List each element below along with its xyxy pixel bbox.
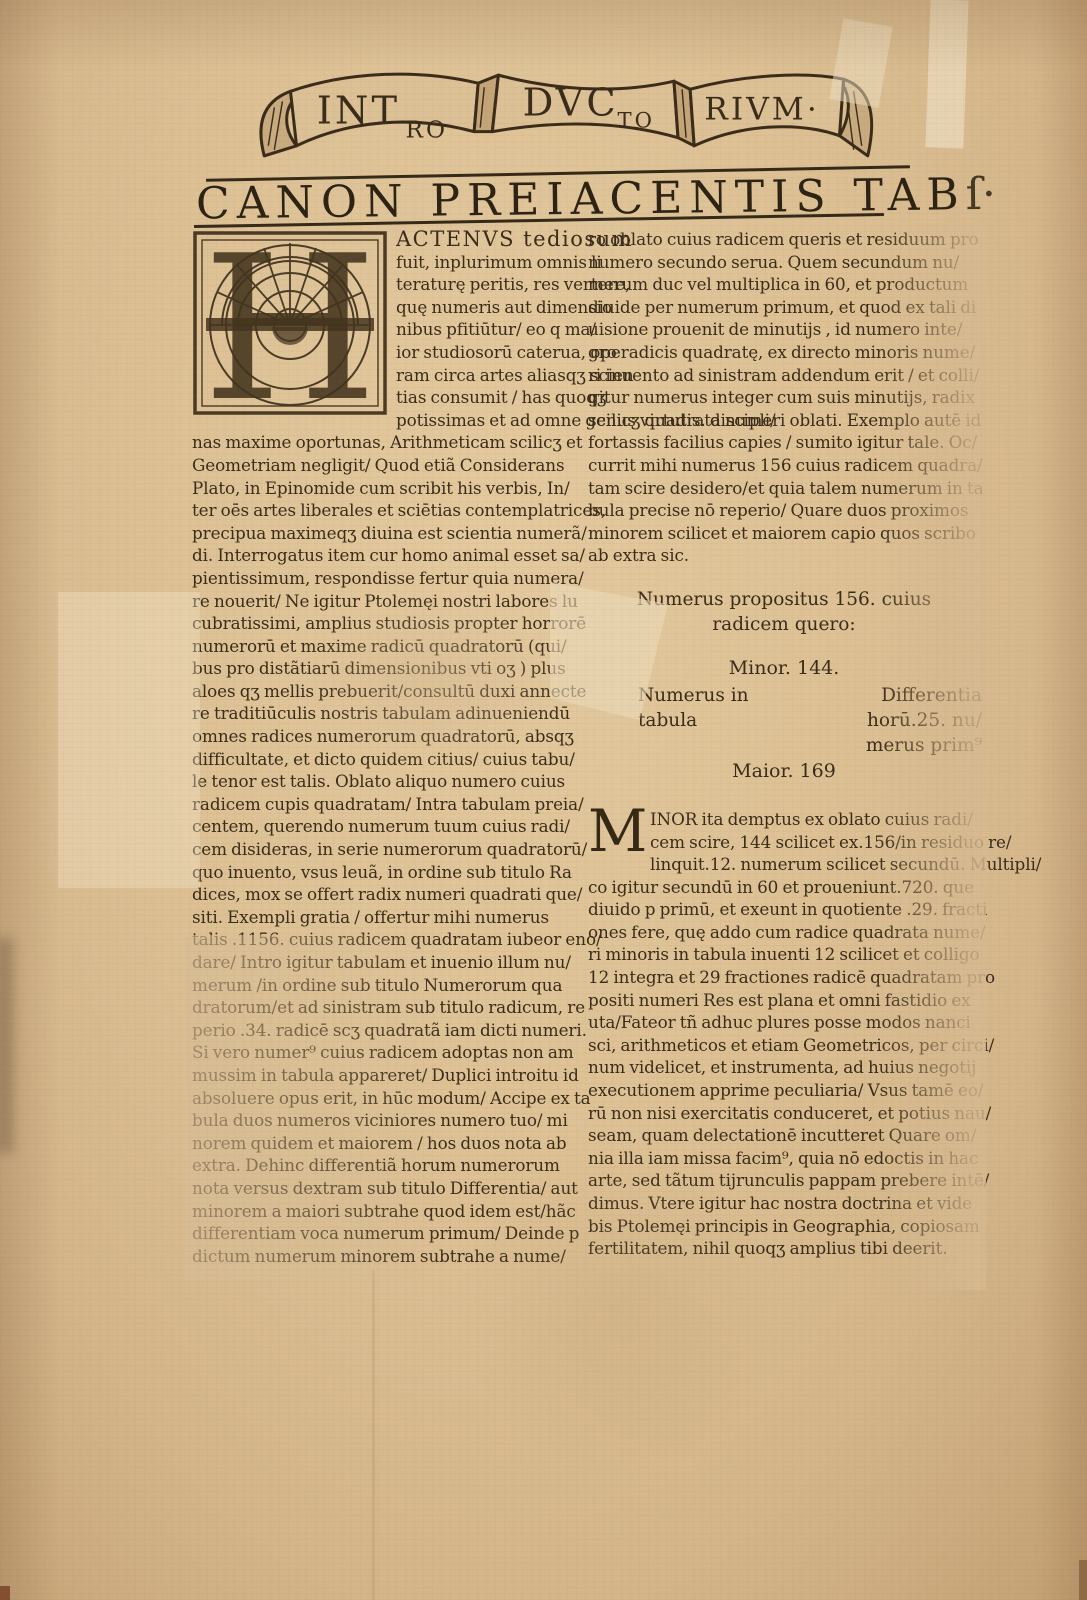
text-line: merum duc vel multiplica in 60, et produ… [588, 273, 980, 296]
initial-letter: H [203, 230, 377, 416]
text-line: differentiam voca numerum primum/ Deinde… [192, 1222, 584, 1245]
example-maior-value: Maior. 169 [588, 760, 980, 782]
example-left-label: Numerus intabula [638, 683, 749, 758]
text-line: horū.25. nu/ [866, 708, 982, 733]
text-line: dare/ Intro igitur tabulam et inuenio il… [192, 951, 584, 974]
text-line: ab extra sic. [588, 544, 980, 567]
text-line: cubratissimi, amplius studiosis propter … [192, 612, 584, 635]
text-line: dictum numerum minorem subtrahe a nume/ [192, 1245, 584, 1268]
text-line: sci, arithmeticos et etiam Geometricos, … [588, 1034, 980, 1057]
text-line: diuido p primū, et exeunt in quotiente .… [588, 898, 980, 921]
text-line: bus pro distãtiarū dimensionibus vti oʒ … [192, 657, 584, 680]
text-line: ri minoris in tabula inuenti 12 scilicet… [588, 943, 980, 966]
heading-partial-glyph: ſ· [965, 169, 996, 220]
example-table: Numerus propositus 156. cuiusradicem que… [588, 587, 980, 782]
text-line: merum /in ordine sub titulo Numerorum qu… [192, 974, 584, 997]
text-line: Numerus in [638, 683, 749, 708]
text-line: aloes qʒ mellis prebuerit/consultū duxi … [192, 680, 584, 703]
binding-edge-mark [1079, 1560, 1087, 1600]
text-line: difficultate, et dicto quidem citius/ cu… [192, 748, 584, 771]
text-line: mussim in tabula appareret/ Duplici intr… [192, 1064, 584, 1087]
text-line: bula duos numeros viciniores numero tuo/… [192, 1109, 584, 1132]
text-line: numerorū et maxime radicū quadratorū (qu… [192, 635, 584, 658]
paper-fold [372, 1270, 375, 1600]
text-line: le tenor est talis. Oblato aliquo numero… [192, 770, 584, 793]
text-line: diuide per numerum primum, et quod ex ta… [588, 296, 980, 319]
text-line: extra. Dehinc differentiã horum numeroru… [192, 1154, 584, 1177]
text-line: norem quidem et maiorem / hos duos nota … [192, 1132, 584, 1155]
ink-smudge [0, 938, 13, 1153]
text-line: executionem apprime peculiaria/ Vsus tam… [588, 1079, 980, 1102]
example-labels-row: Numerus intabula Differentiahorū.25. nu/… [588, 683, 980, 758]
text-line: re traditiūculis nostris tabulam adinuen… [192, 702, 584, 725]
title-banner-woodcut: INT RO DVC TO RIVM· [238, 56, 894, 174]
text-line: siti. Exempli gratia / offertur mihi num… [192, 906, 584, 929]
text-line: numero secundo serua. Quem secundum nu/ [588, 251, 980, 274]
paragraph-2-lines: INOR ita demptus ex oblato cuius radi/ce… [588, 808, 980, 1260]
text-line: bis Ptolemęi principis in Geographia, co… [588, 1215, 980, 1238]
text-line: seam, quam delectationē incutteret Quare… [588, 1124, 980, 1147]
text-line: perio .34. radicē scʒ quadratã iam dicti… [192, 1019, 584, 1042]
text-line: pientissimum, respondisse fertur quia nu… [192, 567, 584, 590]
text-line: positi numeri Res est plana et omni fast… [588, 989, 980, 1012]
text-line: minorem scilicet et maiorem capio quos s… [588, 522, 980, 545]
text-line: absoluere opus erit, in hūc modum/ Accip… [192, 1087, 584, 1110]
banner-segment-ro: RO [406, 117, 449, 144]
example-right-label: Differentiahorū.25. nu/merus prim⁹ [866, 683, 982, 758]
scanned-book-page: INT RO DVC TO RIVM· CANON PREIACENTIS TA… [0, 0, 1087, 1600]
banner-segment-to: TO [617, 108, 655, 133]
text-line: scilicʒ quadrata numeri oblati. Exemplo … [588, 409, 980, 432]
text-line: radicem quero: [588, 612, 980, 637]
text-line: precipua maximeqʒ diuina est scientia nu… [192, 522, 584, 545]
text-line: arte, sed tãtum tijrunculis pappam prebe… [588, 1169, 980, 1192]
text-line: fertilitatem, nihil quoqʒ amplius tibi d… [588, 1237, 980, 1260]
text-line: rū non nisi exercitatis conduceret, et p… [588, 1102, 980, 1125]
page-edge-shadow [0, 0, 60, 1600]
text-line: centem, querendo numerum tuum cuius radi… [192, 815, 584, 838]
text-line: uta/Fateor tñ adhuc plures posse modos n… [588, 1011, 980, 1034]
text-line: co igitur secundū in 60 et proueniunt.72… [588, 876, 980, 899]
banner-segment-rivm: RIVM· [704, 92, 820, 128]
page-edge-shadow [1035, 0, 1087, 1600]
text-line: cem disideras, in serie numerorum quadra… [192, 838, 584, 861]
text-line: nota versus dextram sub titulo Different… [192, 1177, 584, 1200]
text-line: re nouerit/ Ne igitur Ptolemęi nostri la… [192, 590, 584, 613]
ribbon-illustration: INT RO DVC TO RIVM· [238, 56, 894, 174]
banner-segment-dvc: DVC [523, 81, 619, 126]
initial-H-woodcut: H [192, 230, 388, 416]
text-line: talis .1156. cuius radicem quadratam iub… [192, 928, 584, 951]
example-proposition: Numerus propositus 156. cuiusradicem que… [588, 587, 980, 637]
text-line: uisione prouenit de minutijs , id numero… [588, 318, 980, 341]
text-line: dices, mox se offert radix numeri quadra… [192, 883, 584, 906]
text-line: omnes radices numerorum quadratorū, absq… [192, 725, 584, 748]
right-text-column: ro oblato cuius radicem queris et residu… [588, 228, 980, 1260]
text-line: di. Interrogatus item cur homo animal es… [192, 544, 584, 567]
text-line: merus prim⁹ [866, 733, 982, 758]
text-line: fortassis facilius capies / sumito igitu… [588, 431, 980, 454]
paper-patch [58, 592, 200, 888]
text-line: bula precise nō reperio/ Quare duos prox… [588, 499, 980, 522]
text-line: nas maxime oportunas, Arithmeticam scili… [192, 431, 584, 454]
text-line: ones fere, quę addo cum radice quadrata … [588, 921, 980, 944]
text-line: ro oblato cuius radicem queris et residu… [588, 228, 980, 251]
text-line: dimus. Vtere igitur hac nostra doctrina … [588, 1192, 980, 1215]
astrolabe-initial-illustration: H [192, 230, 388, 416]
text-line: currit mihi numerus 156 cuius radicem qu… [588, 454, 980, 477]
text-line: Si vero numer⁹ cuius radicem adoptas non… [192, 1041, 584, 1064]
text-line: Numerus propositus 156. cuius [588, 587, 980, 612]
drop-cap-M: M [588, 808, 650, 855]
text-line: nia illa iam missa facim⁹, quia nō edoct… [588, 1147, 980, 1170]
text-line: tabula [638, 708, 749, 733]
text-line: gitur numerus integer cum suis minutijs,… [588, 386, 980, 409]
text-line: radicem cupis quadratam/ Intra tabulam p… [192, 793, 584, 816]
text-line: tam scire desidero/et quia talem numerum… [588, 477, 980, 500]
right-column-paragraph-1: ro oblato cuius radicem queris et residu… [588, 228, 980, 567]
example-minor-value: Minor. 144. [588, 657, 980, 679]
right-column-paragraph-2: M INOR ita demptus ex oblato cuius radi/… [588, 808, 980, 1260]
text-line: num videlicet, et instrumenta, ad huius … [588, 1056, 980, 1079]
text-line: ri inuento ad sinistram addendum erit / … [588, 364, 980, 387]
text-line: ter oēs artes liberales et sciētias cont… [192, 499, 584, 522]
left-text-column: H ACTENVS tediosumfuit, inplurimum omnis… [192, 228, 584, 1267]
tape-repair [925, 0, 968, 149]
text-line: gro radicis quadratę, ex directo minoris… [588, 341, 980, 364]
text-line: Plato, in Epinomide cum scribit his verb… [192, 477, 584, 500]
text-line: Differentia [866, 683, 982, 708]
banner-segment-int: INT [317, 89, 400, 134]
text-line: Geometriam negligit/ Quod etiã Considera… [192, 454, 584, 477]
text-line: minorem a maiori subtrahe quod idem est/… [192, 1200, 584, 1223]
binding-edge-mark [0, 1586, 10, 1600]
text-line: 12 integra et 29 fractiones radicē quadr… [588, 966, 980, 989]
text-line: dratorum/et ad sinistram sub titulo radi… [192, 996, 584, 1019]
text-line: quo inuento, vsus leuã, in ordine sub ti… [192, 861, 584, 884]
